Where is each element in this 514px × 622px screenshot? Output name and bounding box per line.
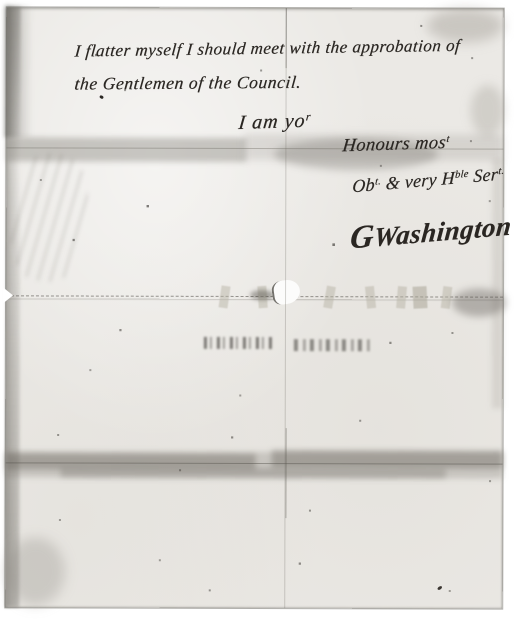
ink-blot: [99, 95, 104, 100]
lower-stain-band-left: [6, 453, 256, 470]
top-left-corner-stain: [4, 5, 32, 137]
repair-tape: [323, 286, 336, 309]
vertical-fold-crease: [284, 8, 287, 608]
signature-name: Washington: [373, 210, 513, 252]
left-edge-notch: [3, 287, 13, 303]
ink-fleck: [437, 585, 443, 590]
closing-text: Ser: [468, 164, 499, 187]
repair-tape: [257, 286, 267, 309]
repair-tape: [365, 286, 376, 309]
valediction-superscript: r: [305, 110, 312, 123]
lower-stain-band-right: [272, 450, 503, 469]
letter-body-line-1: I flatter myself I should meet with the …: [74, 36, 461, 62]
upper-stain-band-left: [6, 137, 246, 162]
horizontal-fold-crease: [6, 295, 503, 299]
fold-damage-shadow: [250, 290, 274, 300]
closing-superscript: t.: [498, 166, 505, 178]
valediction-superscript: t: [446, 133, 451, 145]
bottom-left-corner-stain: [5, 537, 65, 605]
lower-crease-line: [6, 462, 503, 464]
left-edge-stain: [5, 7, 21, 607]
signature-initial: G: [349, 218, 376, 256]
valediction-line-1: I am yor: [237, 110, 312, 135]
repair-tape: [219, 285, 231, 308]
closing-superscript: ble: [455, 169, 469, 181]
valediction-line-2: Honours most: [341, 133, 450, 158]
closing-text: Ob: [352, 174, 376, 196]
lower-stain-band-second-row: [61, 467, 446, 478]
closing-line: Obt. & very Hble Sert.: [352, 163, 505, 197]
vertical-fold-crease-lower: [285, 428, 286, 518]
paper-loss-patch: [271, 278, 302, 306]
right-edge-column-stain: [492, 159, 504, 409]
foxing-speckles: [7, 7, 8, 8]
right-edge-stain: [470, 85, 504, 137]
document-photograph: I flatter myself I should meet with the …: [0, 0, 514, 622]
fold-right-smudge: [452, 289, 506, 317]
valediction-text: I am yo: [237, 110, 306, 134]
letter-body-line-2: the Gentlemen of the Council.: [74, 72, 303, 95]
letter-page: I flatter myself I should meet with the …: [5, 7, 504, 608]
illegible-ink-smudge: [204, 337, 272, 349]
valediction-text: Honours mos: [341, 133, 447, 156]
repair-tape: [412, 286, 427, 309]
closing-text: & very H: [380, 167, 455, 193]
lower-stain-band: [6, 451, 503, 478]
signature: GWashington: [348, 206, 513, 257]
ink-showthrough-ghost: [6, 150, 93, 285]
illegible-ink-smudge: [294, 339, 372, 351]
repair-tape: [396, 286, 407, 309]
repair-tape: [441, 286, 453, 309]
